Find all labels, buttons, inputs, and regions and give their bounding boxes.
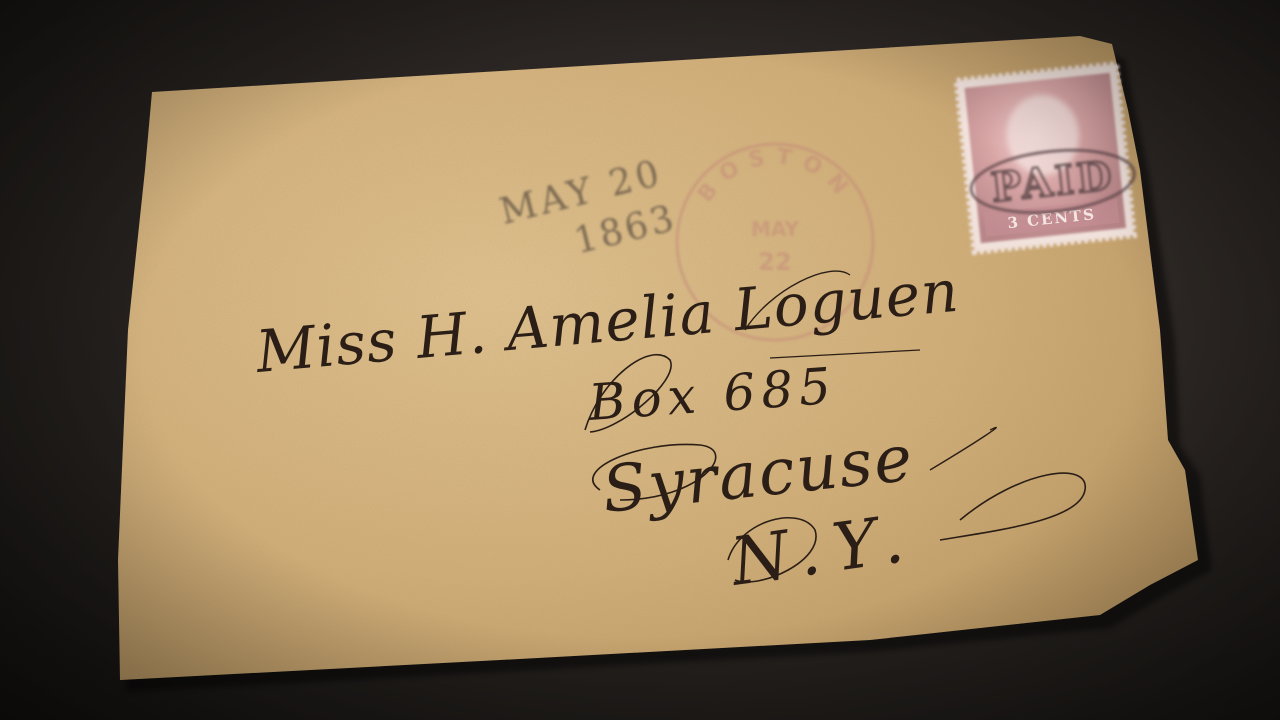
envelope-photo: MAY 20 1863 BOSTON MAY 22 3 CENTS PAID <box>0 0 1280 720</box>
photo-scene: MAY 20 1863 BOSTON MAY 22 3 CENTS PAID <box>0 0 1280 720</box>
postage-stamp: 3 CENTS PAID <box>957 63 1141 252</box>
postmark-month: MAY <box>751 217 799 241</box>
